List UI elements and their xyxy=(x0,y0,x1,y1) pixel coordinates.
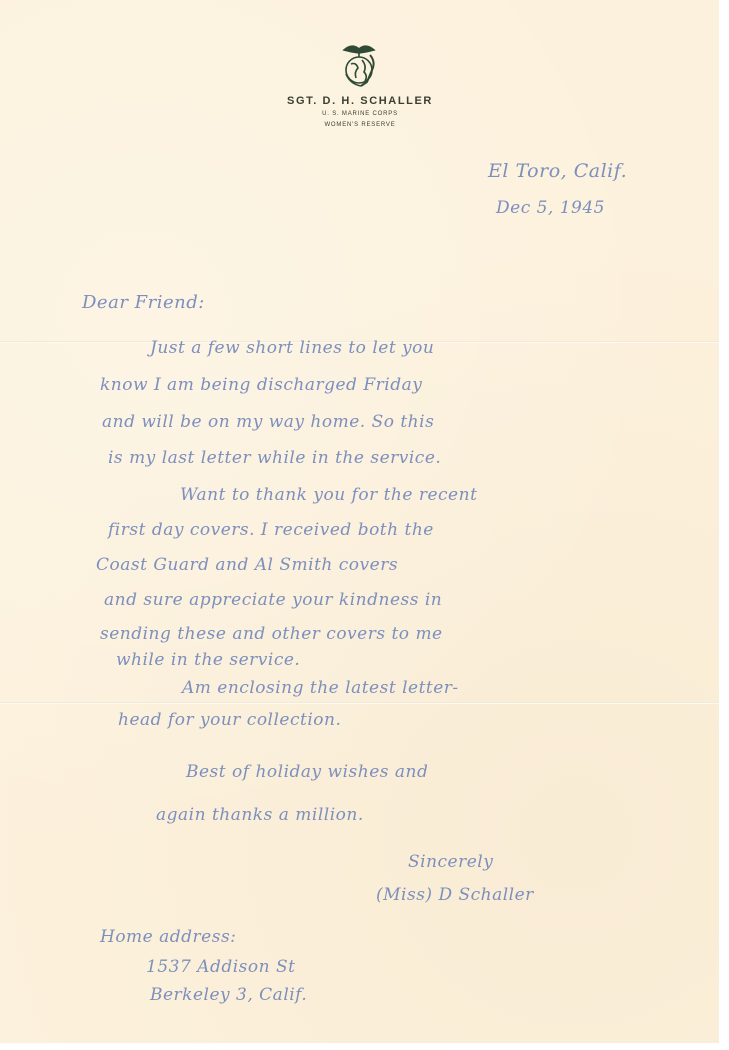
home-address-label: Home address: xyxy=(100,927,236,947)
salutation: Dear Friend: xyxy=(82,292,205,313)
dateline-date: Dec 5, 1945 xyxy=(496,198,605,218)
body-line: is my last letter while in the service. xyxy=(108,448,441,468)
body-line: Am enclosing the latest letter- xyxy=(182,678,459,698)
home-address-street: 1537 Addison St xyxy=(146,957,295,977)
dateline-place: El Toro, Calif. xyxy=(488,160,627,182)
body-line: and will be on my way home. So this xyxy=(102,412,434,432)
body-line: Want to thank you for the recent xyxy=(180,485,477,505)
body-line: Coast Guard and Al Smith covers xyxy=(96,555,398,575)
body-line: first day covers. I received both the xyxy=(108,520,434,540)
closing: Sincerely xyxy=(408,852,493,872)
body-line: while in the service. xyxy=(116,650,300,670)
fold-line-lower xyxy=(0,702,719,704)
letterhead-unit: U. S. Marine Corps xyxy=(250,111,470,117)
body-line: head for your collection. xyxy=(118,710,341,730)
signature: (Miss) D Schaller xyxy=(376,885,534,905)
body-line: sending these and other covers to me xyxy=(100,624,443,644)
body-line: again thanks a million. xyxy=(156,805,364,825)
letterhead-reserve: Women's Reserve xyxy=(250,122,470,128)
home-address-city: Berkeley 3, Calif. xyxy=(150,985,307,1005)
marine-corps-emblem-icon xyxy=(334,40,384,90)
body-line: know I am being discharged Friday xyxy=(100,375,422,395)
body-line: Just a few short lines to let you xyxy=(150,338,434,358)
body-line: and sure appreciate your kindness in xyxy=(104,590,442,610)
letterhead-name: SGT. D. H. SCHALLER xyxy=(250,95,470,107)
letter-page: SGT. D. H. SCHALLER U. S. Marine Corps W… xyxy=(0,0,719,1043)
body-line: Best of holiday wishes and xyxy=(186,762,428,782)
